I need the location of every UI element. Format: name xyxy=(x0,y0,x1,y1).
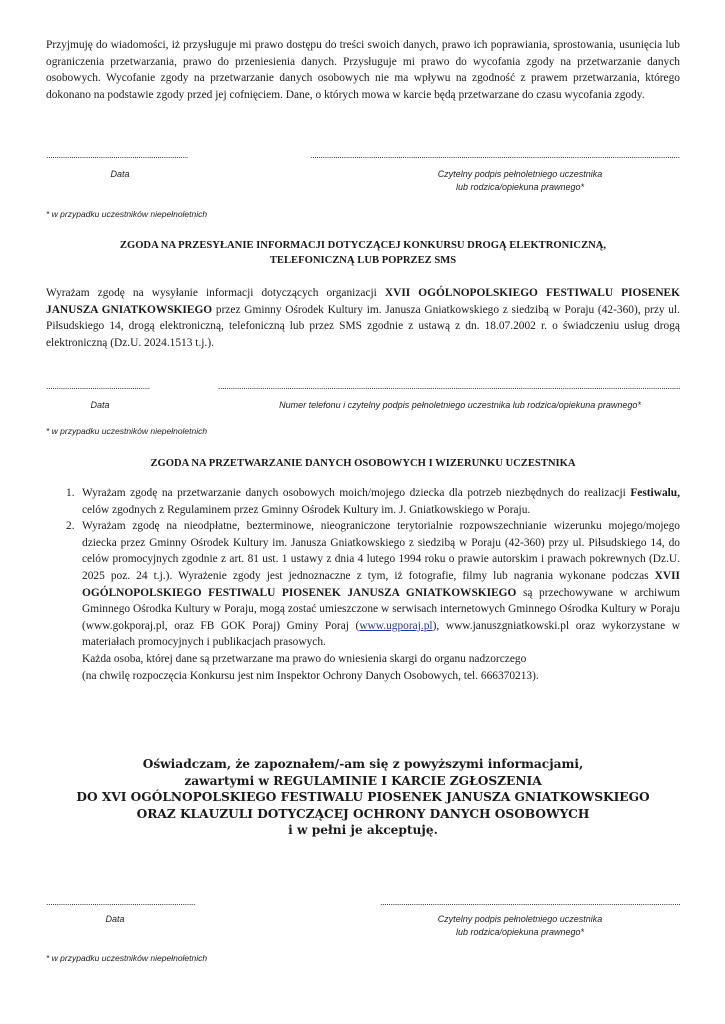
section-heading-image-consent: ZGODA NA PRZETWARZANIE DANYCH OSOBOWYCH … xyxy=(46,456,680,471)
document-page: Przyjmuję do wiadomości, iż przysługuje … xyxy=(0,0,725,1024)
signature-line[interactable]: ........................................… xyxy=(310,150,680,160)
signature-label: Czytelny podpis pełnoletniego uczestnika… xyxy=(420,168,620,193)
complaint-note: Każda osoba, której dane są przetwarzane… xyxy=(82,651,680,684)
declaration: Oświadczam, że zapoznałem/-am się z powy… xyxy=(46,756,680,839)
footnote: * w przypadku uczestników niepełnoletnic… xyxy=(46,209,207,219)
rights-paragraph: Przyjmuję do wiadomości, iż przysługuje … xyxy=(46,37,680,103)
date-line[interactable]: ........................................… xyxy=(46,150,188,160)
date-label: Data xyxy=(70,399,130,412)
signature-label: Czytelny podpis pełnoletniego uczestnika… xyxy=(420,913,620,938)
date-line[interactable]: ........................................… xyxy=(46,897,196,907)
date-line[interactable]: ........................................… xyxy=(46,381,150,391)
date-label: Data xyxy=(80,913,150,926)
consent-list: 1. Wyrażam zgodę na przetwarzanie danych… xyxy=(46,485,680,684)
list-item: 1. Wyrażam zgodę na przetwarzanie danych… xyxy=(46,485,680,518)
date-label: Data xyxy=(80,168,160,181)
electronic-consent-paragraph: Wyrażam zgodę na wysyłanie informacji do… xyxy=(46,285,680,351)
footnote: * w przypadku uczestników niepełnoletnic… xyxy=(46,953,207,963)
list-item: 2. Wyrażam zgodę na nieodpłatne, bezterm… xyxy=(46,518,680,684)
footnote: * w przypadku uczestników niepełnoletnic… xyxy=(46,426,207,436)
phone-signature-label: Numer telefonu i czytelny podpis pełnole… xyxy=(240,399,680,412)
signature-line[interactable]: ........................................… xyxy=(380,897,680,907)
phone-signature-line[interactable]: ........................................… xyxy=(218,381,680,391)
ugporaj-link[interactable]: www.ugporaj.pl xyxy=(359,620,432,632)
section-heading-electronic-consent: ZGODA NA PRZESYŁANIE INFORMACJI DOTYCZĄC… xyxy=(46,238,680,268)
